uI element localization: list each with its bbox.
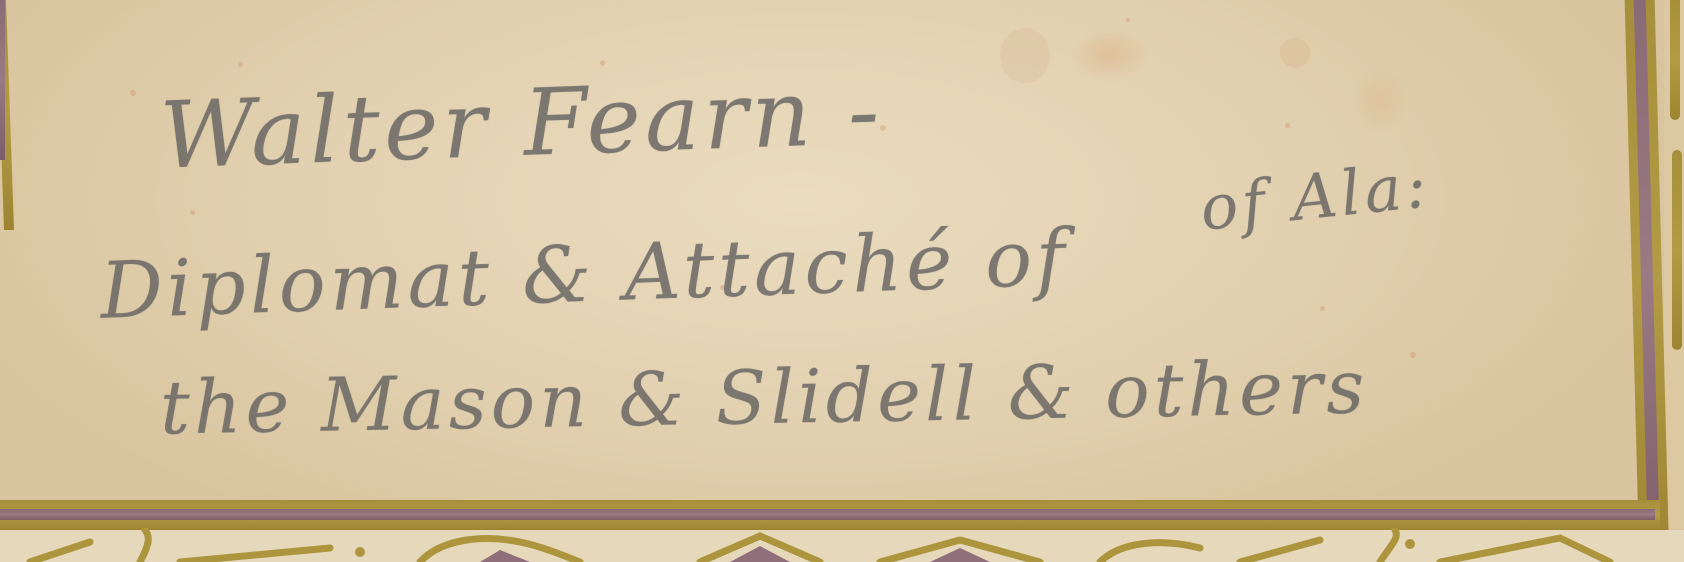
foxing-spot: [130, 90, 136, 96]
bottom-border-mauve: [0, 509, 1655, 520]
document-photo: Walter Fearn - of Ala: Diplomat & Attach…: [0, 0, 1684, 562]
foxing-spot: [600, 60, 605, 66]
foxing-spot: [1410, 352, 1416, 358]
inscription-line-1: Walter Fearn -: [158, 57, 884, 189]
scrollwork-ornament: [0, 528, 1684, 562]
foxing-spot: [190, 210, 195, 215]
right-border-leaf: [1672, 150, 1682, 350]
inscription-line-3: the Mason & Slidell & others: [159, 344, 1369, 451]
foxing-spot: [238, 62, 243, 67]
foxing-spot: [1285, 123, 1290, 128]
left-border-mauve: [0, 0, 5, 160]
right-border-leaf: [1670, 0, 1680, 120]
foxing-spot: [1280, 38, 1310, 68]
foxing-spot: [1000, 28, 1050, 83]
foxing-spot: [1126, 18, 1130, 22]
inscription-line-1-right: of Ala:: [1197, 148, 1434, 245]
inscription-line-2: Diplomat & Attaché of: [99, 213, 1071, 337]
foxing-spot: [1320, 306, 1325, 311]
